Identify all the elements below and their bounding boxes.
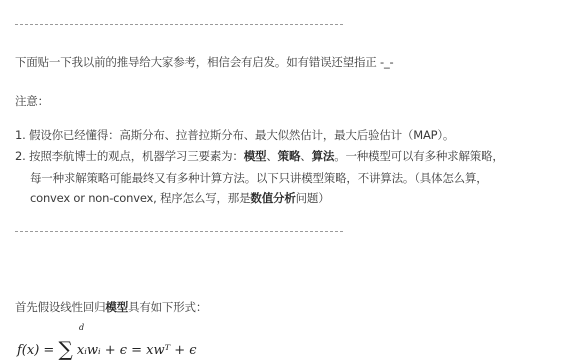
section-text: 首先假设线性回归 <box>15 300 105 314</box>
note-label: 注意： <box>15 94 49 108</box>
formula: f(x) = ∑d xᵢwᵢ + ϵ = xwᵀ + ϵ <box>17 335 197 359</box>
line3-text: convex or non-convex, 程序怎么写，那是 <box>30 191 250 205</box>
keyword-strategy: 策略 <box>278 149 301 163</box>
list-item-2-line3: convex or non-convex, 程序怎么写，那是数值分析问题） <box>30 191 330 205</box>
line3-tail: 问题） <box>296 191 330 205</box>
sep: 、 <box>266 149 277 163</box>
list-item-1: 1. 假设你已经懂得：高斯分布、拉普拉斯分布、最大似然估计，最大后验估计（MAP… <box>15 128 454 142</box>
list-item-2: 2. 按照李航博士的观点，机器学习三要素为：模型、策略、算法。一种模型可以有多种… <box>15 149 504 163</box>
sep: 、 <box>300 149 311 163</box>
section-tail: 具有如下形式： <box>128 300 207 314</box>
sum-upper-limit: d <box>79 323 84 332</box>
keyword-model-2: 模型 <box>105 300 128 314</box>
separator-top <box>15 24 343 25</box>
list-item-2-tail: 。一种模型可以有多种求解策略， <box>334 149 504 163</box>
sum-symbol: ∑ <box>58 337 72 360</box>
section-intro: 首先假设线性回归模型具有如下形式： <box>15 300 207 314</box>
keyword-model: 模型 <box>244 149 267 163</box>
formula-rhs: xᵢwᵢ + ϵ = xwᵀ + ϵ <box>73 343 197 358</box>
formula-lhs: f(x) = <box>17 343 58 358</box>
separator-bottom <box>15 231 343 232</box>
intro-text: 下面贴一下我以前的推导给大家参考，相信会有启发。如有错误还望指正 -_- <box>15 55 394 69</box>
list-item-2-line2: 每一种求解策略可能最终又有多种计算方法。以下只讲模型策略，不讲算法。（具体怎么算… <box>30 171 488 185</box>
keyword-numerical-analysis: 数值分析 <box>250 191 295 205</box>
keyword-algorithm: 算法 <box>312 149 335 163</box>
list-item-2-text: 2. 按照李航博士的观点，机器学习三要素为： <box>15 149 244 163</box>
